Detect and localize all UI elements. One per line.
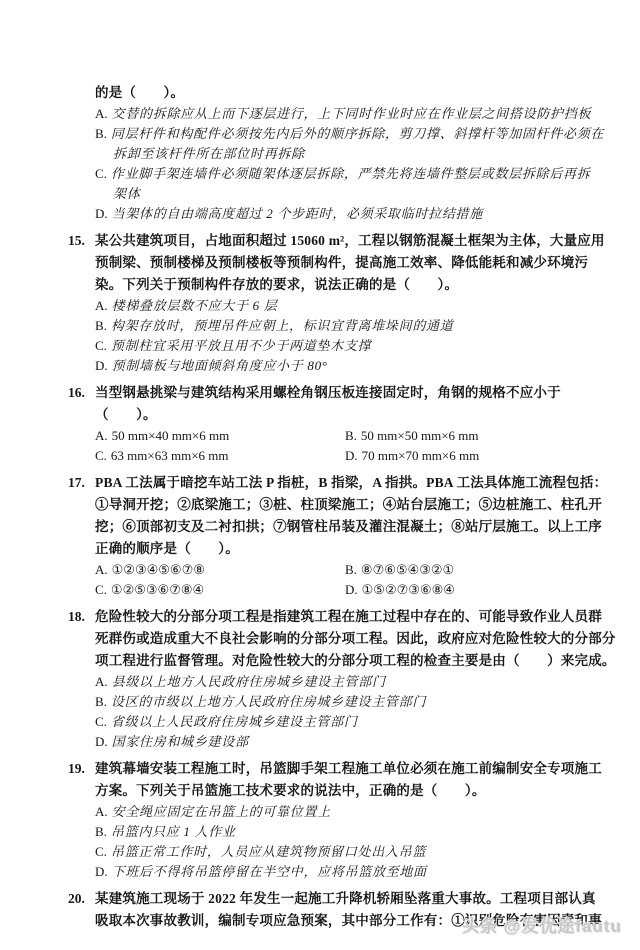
- question: 的是（ ）。A.交替的拆除应从上而下逐层进行，上下同时作业时应在作业层之间搭设防…: [68, 82, 590, 224]
- option: B.50 mm×50 mm×6 mm: [345, 426, 590, 446]
- question-body: 的是（ ）。A.交替的拆除应从上而下逐层进行，上下同时作业时应在作业层之间搭设防…: [95, 82, 590, 224]
- option-text: 作业脚手架连墙件必须随架体逐层拆除，严禁先将连墙件整层或数层拆除后再拆: [111, 166, 591, 181]
- option-label: B.: [95, 126, 107, 141]
- option-label: D.: [345, 582, 358, 597]
- option: A.交替的拆除应从上而下逐层进行，上下同时作业时应在作业层之间搭设防护挡板: [95, 104, 590, 124]
- option: B.构架存放时，预埋吊件应朝上，标识宜背离堆垛间的通道: [95, 316, 590, 336]
- option-line: C.作业脚手架连墙件必须随架体逐层拆除，严禁先将连墙件整层或数层拆除后再拆: [95, 164, 590, 184]
- option: C.63 mm×63 mm×6 mm: [95, 446, 345, 466]
- option-line: D.①⑤②⑦③⑥⑧④: [345, 580, 590, 600]
- option: A.楼梯叠放层数不应大于 6 层: [95, 296, 590, 316]
- option-text: 同层杆件和构配件必须按先内后外的顺序拆除，剪刀撑、斜撑杆等加固杆件必须在: [111, 126, 604, 141]
- option: D.预制墙板与地面倾斜角度应小于 80°: [95, 356, 590, 376]
- option: C.吊篮正常工作时，人员应从建筑物预留口处出入吊篮: [95, 842, 590, 862]
- option-label: C.: [95, 582, 107, 597]
- option: D.国家住房和城乡建设部: [95, 732, 590, 752]
- option: C.预制柱宜采用平放且用不少于两道垫木支撑: [95, 336, 590, 356]
- watermark: 头条 @发优途fautu: [462, 912, 622, 937]
- option: B.设区的市级以上地方人民政府住房城乡建设主管部门: [95, 692, 590, 712]
- option-text: 设区的市级以上地方人民政府住房城乡建设主管部门: [111, 694, 426, 709]
- option: C.①②⑤③⑥⑦⑧④: [95, 580, 345, 600]
- question-number: 19.: [68, 758, 95, 882]
- option-line: C.预制柱宜采用平放且用不少于两道垫木支撑: [95, 336, 590, 356]
- question-body: 当型钢悬挑梁与建筑结构采用螺栓角钢压板连接固定时，角钢的规格不应小于（ ）。A.…: [95, 382, 590, 466]
- option: D.下班后不得将吊篮停留在半空中，应将吊篮放至地面: [95, 862, 590, 882]
- option-text: 国家住房和城乡建设部: [112, 734, 249, 749]
- stem-line: （ ）。: [95, 404, 590, 426]
- option-line-continuation: 架体: [95, 184, 590, 204]
- option-text: 70 mm×70 mm×6 mm: [362, 448, 480, 463]
- stem-line: 当型钢悬挑梁与建筑结构采用螺栓角钢压板连接固定时，角钢的规格不应小于: [95, 382, 590, 404]
- option-line: B.吊篮内只应 1 人作业: [95, 822, 590, 842]
- option-line: C.63 mm×63 mm×6 mm: [95, 446, 345, 466]
- options: A.交替的拆除应从上而下逐层进行，上下同时作业时应在作业层之间搭设防护挡板B.同…: [95, 104, 590, 224]
- option: B.同层杆件和构配件必须按先内后外的顺序拆除，剪刀撑、斜撑杆等加固杆件必须在拆卸…: [95, 124, 590, 164]
- option-text: 当架体的自由端高度超过 2 个步距时，必须采取临时拉结措施: [112, 206, 483, 221]
- option-label: B.: [95, 318, 107, 333]
- option-line: B.构架存放时，预埋吊件应朝上，标识宜背离堆垛间的通道: [95, 316, 590, 336]
- question-body: 危险性较大的分部分项工程是指建筑工程在施工过程中存在的、可能导致作业人员群死群伤…: [95, 606, 590, 752]
- option-text: 楼梯叠放层数不应大于 6 层: [112, 298, 278, 313]
- stem-line: 预制梁、预制楼梯及预制楼板等预制构件，提高施工效率、降低能耗和减少环境污: [95, 252, 590, 274]
- question-body: 建筑幕墙安装工程施工时，吊篮脚手架工程施工单位必须在施工前编制安全专项施工方案。…: [95, 758, 590, 882]
- option-line: B.设区的市级以上地方人民政府住房城乡建设主管部门: [95, 692, 590, 712]
- option-text: 交替的拆除应从上而下逐层进行，上下同时作业时应在作业层之间搭设防护挡板: [112, 106, 592, 121]
- option-line: D.下班后不得将吊篮停留在半空中，应将吊篮放至地面: [95, 862, 590, 882]
- option-line: A.县级以上地方人民政府住房城乡建设主管部门: [95, 672, 590, 692]
- option-label: D.: [95, 734, 108, 749]
- option: B.吊篮内只应 1 人作业: [95, 822, 590, 842]
- option: A.①②③④⑤⑥⑦⑧: [95, 560, 345, 580]
- option: A.县级以上地方人民政府住房城乡建设主管部门: [95, 672, 590, 692]
- option: A.50 mm×40 mm×6 mm: [95, 426, 345, 446]
- question: 15. 某公共建筑项目，占地面积超过 15060 m²，工程以钢筋混凝土框架为主…: [68, 230, 590, 376]
- option-text: ①②⑤③⑥⑦⑧④: [111, 582, 204, 597]
- option-line: A.50 mm×40 mm×6 mm: [95, 426, 345, 446]
- option-text: 安全绳应固定在吊篮上的可靠位置上: [112, 804, 331, 819]
- option-label: A.: [95, 674, 108, 689]
- options: A.楼梯叠放层数不应大于 6 层B.构架存放时，预埋吊件应朝上，标识宜背离堆垛间…: [95, 296, 590, 376]
- option-line: D.当架体的自由端高度超过 2 个步距时，必须采取临时拉结措施: [95, 204, 590, 224]
- stem-line: 项工程进行监督管理。对危险性较大的分部分项工程的检查主要是由（ ）来完成。: [95, 650, 590, 672]
- option-label: B.: [95, 824, 107, 839]
- question: 18. 危险性较大的分部分项工程是指建筑工程在施工过程中存在的、可能导致作业人员…: [68, 606, 590, 752]
- question-number: 18.: [68, 606, 95, 752]
- option-line: A.交替的拆除应从上而下逐层进行，上下同时作业时应在作业层之间搭设防护挡板: [95, 104, 590, 124]
- stem-line: 方案。下列关于吊篮施工技术要求的说法中，正确的是（ ）。: [95, 780, 590, 802]
- option-line: D.国家住房和城乡建设部: [95, 732, 590, 752]
- question-body: PBA 工法属于暗挖车站工法 P 指桩，B 指梁，A 指拱。PBA 工法具体施工…: [95, 472, 590, 600]
- stem-line: ①导洞开挖；②底梁施工；③桩、柱顶梁施工；④站台层施工；⑤边桩施工、柱孔开: [95, 494, 590, 516]
- options: A.50 mm×40 mm×6 mmB.50 mm×50 mm×6 mmC.63…: [95, 426, 590, 466]
- option-line: D.70 mm×70 mm×6 mm: [345, 446, 590, 466]
- question: 19. 建筑幕墙安装工程施工时，吊篮脚手架工程施工单位必须在施工前编制安全专项施…: [68, 758, 590, 882]
- option-text: ⑧⑦⑥⑤④③②①: [361, 562, 454, 577]
- option-line: A.安全绳应固定在吊篮上的可靠位置上: [95, 802, 590, 822]
- option-label: A.: [95, 804, 108, 819]
- option-label: D.: [95, 358, 108, 373]
- option: C.省级以上人民政府住房城乡建设主管部门: [95, 712, 590, 732]
- question-number: 20.: [68, 888, 95, 932]
- option: D.①⑤②⑦③⑥⑧④: [345, 580, 590, 600]
- option-text: ①⑤②⑦③⑥⑧④: [362, 582, 455, 597]
- option-text: 50 mm×40 mm×6 mm: [112, 428, 230, 443]
- option-label: D.: [345, 448, 358, 463]
- option-label: A.: [95, 428, 108, 443]
- option-label: C.: [95, 338, 107, 353]
- option-label: D.: [95, 864, 108, 879]
- option-text: 下班后不得将吊篮停留在半空中，应将吊篮放至地面: [112, 864, 427, 879]
- option-line: B.⑧⑦⑥⑤④③②①: [345, 560, 590, 580]
- option-label: C.: [95, 714, 107, 729]
- question: 17. PBA 工法属于暗挖车站工法 P 指桩，B 指梁，A 指拱。PBA 工法…: [68, 472, 590, 600]
- option: A.安全绳应固定在吊篮上的可靠位置上: [95, 802, 590, 822]
- exam-page: 的是（ ）。A.交替的拆除应从上而下逐层进行，上下同时作业时应在作业层之间搭设防…: [0, 0, 640, 932]
- options: A.安全绳应固定在吊篮上的可靠位置上B.吊篮内只应 1 人作业C.吊篮正常工作时…: [95, 802, 590, 882]
- option-line: C.①②⑤③⑥⑦⑧④: [95, 580, 345, 600]
- question: 16. 当型钢悬挑梁与建筑结构采用螺栓角钢压板连接固定时，角钢的规格不应小于（ …: [68, 382, 590, 466]
- option: C.作业脚手架连墙件必须随架体逐层拆除，严禁先将连墙件整层或数层拆除后再拆架体: [95, 164, 590, 204]
- option-line: C.省级以上人民政府住房城乡建设主管部门: [95, 712, 590, 732]
- option-text: 50 mm×50 mm×6 mm: [361, 428, 479, 443]
- option-label: A.: [95, 562, 108, 577]
- option-label: C.: [95, 844, 107, 859]
- question-number: 15.: [68, 230, 95, 376]
- stem-line: 危险性较大的分部分项工程是指建筑工程在施工过程中存在的、可能导致作业人员群: [95, 606, 590, 628]
- option-text: 预制柱宜采用平放且用不少于两道垫木支撑: [111, 338, 371, 353]
- option-line: D.预制墙板与地面倾斜角度应小于 80°: [95, 356, 590, 376]
- stem-line: 的是（ ）。: [95, 82, 590, 104]
- option-label: B.: [95, 694, 107, 709]
- option-line: C.吊篮正常工作时，人员应从建筑物预留口处出入吊篮: [95, 842, 590, 862]
- option-text: ①②③④⑤⑥⑦⑧: [112, 562, 205, 577]
- stem-line: 挖；⑥顶部初支及二衬扣拱；⑦钢管柱吊装及灌注混凝土；⑧站厅层施工。以上工序: [95, 516, 590, 538]
- question-number: 16.: [68, 382, 95, 466]
- option-text: 省级以上人民政府住房城乡建设主管部门: [111, 714, 358, 729]
- option-text: 县级以上地方人民政府住房城乡建设主管部门: [112, 674, 386, 689]
- stem-line: 某公共建筑项目，占地面积超过 15060 m²，工程以钢筋混凝土框架为主体，大量…: [95, 230, 590, 252]
- option-line: B.同层杆件和构配件必须按先内后外的顺序拆除，剪刀撑、斜撑杆等加固杆件必须在: [95, 124, 590, 144]
- option-label: A.: [95, 298, 108, 313]
- option: B.⑧⑦⑥⑤④③②①: [345, 560, 590, 580]
- stem-line: 正确的顺序是（ ）。: [95, 538, 590, 560]
- options: A.县级以上地方人民政府住房城乡建设主管部门B.设区的市级以上地方人民政府住房城…: [95, 672, 590, 752]
- option-label: B.: [345, 428, 357, 443]
- question-number: 17.: [68, 472, 95, 600]
- question-number: [68, 82, 95, 224]
- option-label: C.: [95, 448, 107, 463]
- option-label: D.: [95, 206, 108, 221]
- option-line: A.楼梯叠放层数不应大于 6 层: [95, 296, 590, 316]
- option: D.70 mm×70 mm×6 mm: [345, 446, 590, 466]
- stem-line: 染。下列关于预制构件存放的要求，说法正确的是（ ）。: [95, 274, 590, 296]
- option-label: C.: [95, 166, 107, 181]
- option-line: B.50 mm×50 mm×6 mm: [345, 426, 590, 446]
- options: A.①②③④⑤⑥⑦⑧B.⑧⑦⑥⑤④③②①C.①②⑤③⑥⑦⑧④D.①⑤②⑦③⑥⑧④: [95, 560, 590, 600]
- option-text: 吊篮内只应 1 人作业: [111, 824, 236, 839]
- option-line-continuation: 拆卸至该杆件所在部位时再拆除: [95, 144, 590, 164]
- stem-line: PBA 工法属于暗挖车站工法 P 指桩，B 指梁，A 指拱。PBA 工法具体施工…: [95, 472, 590, 494]
- stem-line: 死群伤或造成重大不良社会影响的分部分项工程。因此，政府应对危险性较大的分部分: [95, 628, 590, 650]
- option-text: 构架存放时，预埋吊件应朝上，标识宜背离堆垛间的通道: [111, 318, 454, 333]
- option-text: 吊篮正常工作时，人员应从建筑物预留口处出入吊篮: [111, 844, 426, 859]
- option-text: 63 mm×63 mm×6 mm: [111, 448, 229, 463]
- stem-line: 某建筑施工现场于 2022 年发生一起施工升降机轿厢坠落重大事故。工程项目部认真: [95, 888, 590, 910]
- option-label: B.: [345, 562, 357, 577]
- option-line: A.①②③④⑤⑥⑦⑧: [95, 560, 345, 580]
- stem-line: 建筑幕墙安装工程施工时，吊篮脚手架工程施工单位必须在施工前编制安全专项施工: [95, 758, 590, 780]
- question-body: 某公共建筑项目，占地面积超过 15060 m²，工程以钢筋混凝土框架为主体，大量…: [95, 230, 590, 376]
- option-label: A.: [95, 106, 108, 121]
- option-text: 预制墙板与地面倾斜角度应小于 80°: [112, 358, 328, 373]
- option: D.当架体的自由端高度超过 2 个步距时，必须采取临时拉结措施: [95, 204, 590, 224]
